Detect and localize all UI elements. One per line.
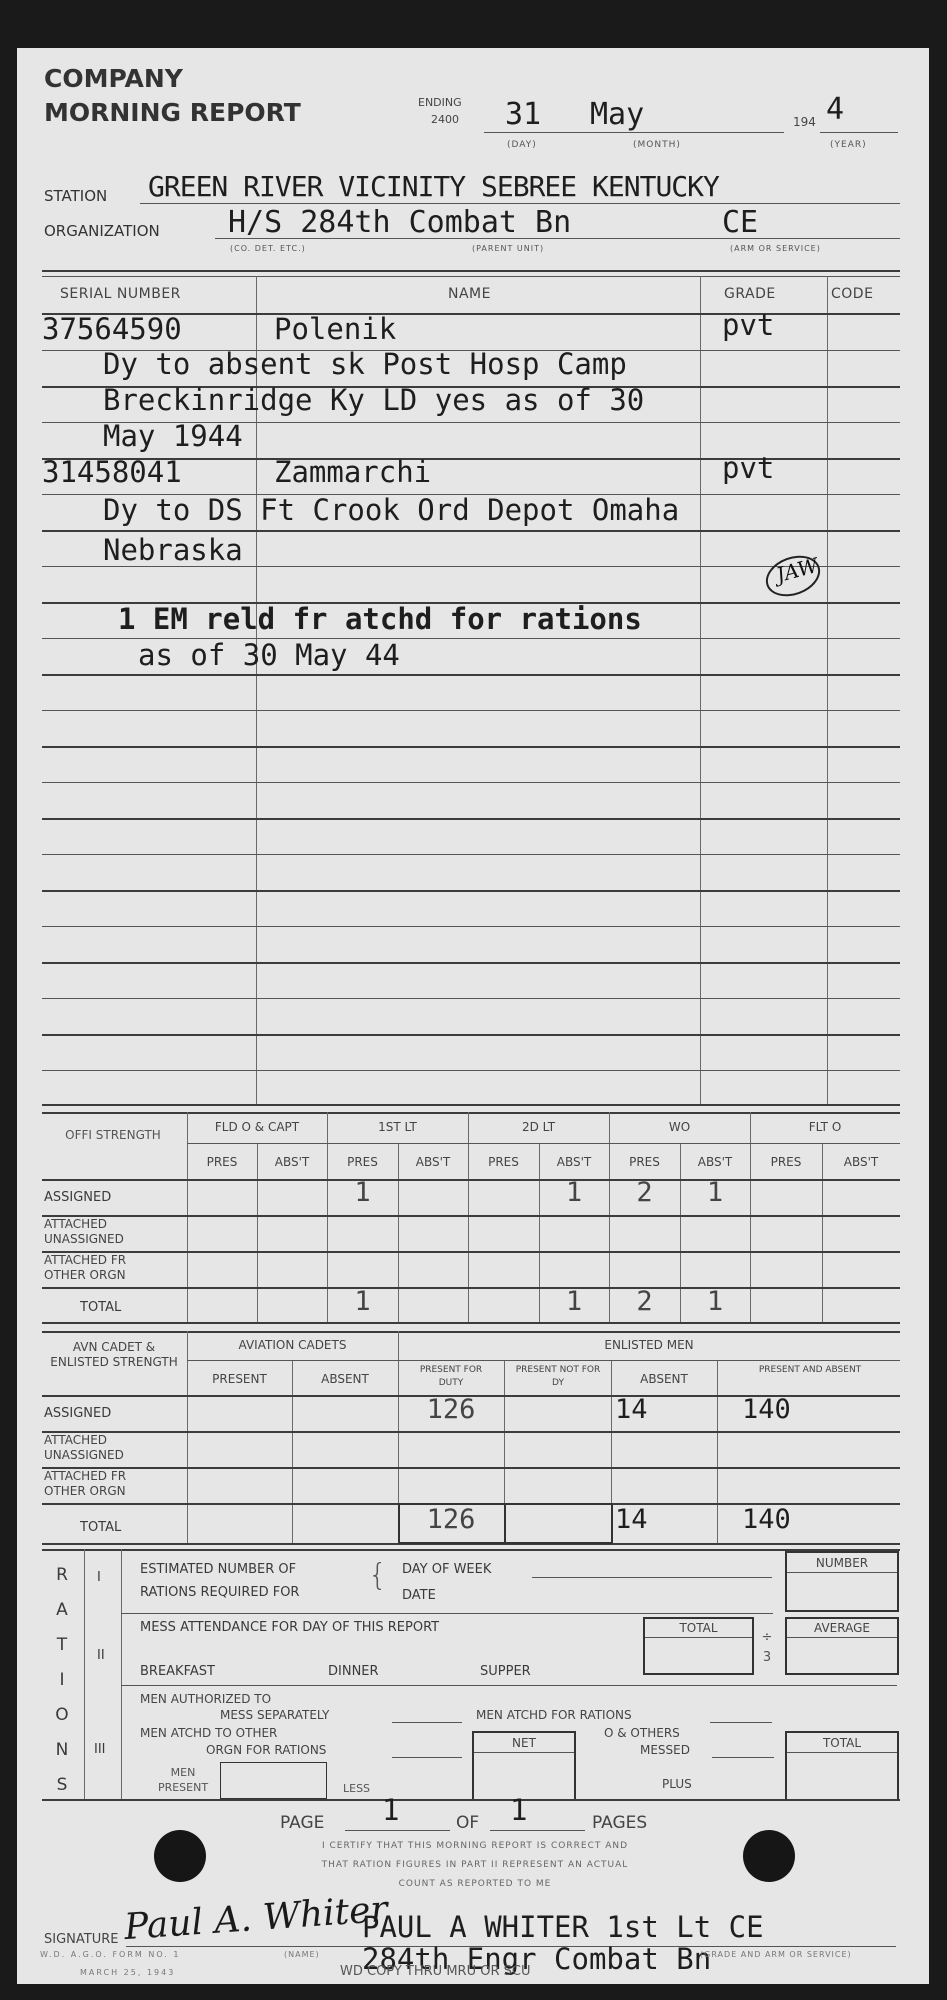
year-prefix: 194 — [793, 115, 816, 129]
col-header-code: CODE — [831, 286, 873, 302]
rations-section-3-numeral: III — [94, 1742, 106, 1757]
org-caption-arm: (ARM OR SERVICE) — [730, 244, 821, 253]
rations-side-label: R A T I O N S — [52, 1558, 72, 1803]
o-others-line1: O & OTHERS — [604, 1726, 680, 1740]
officer-row-label: ASSIGNED — [44, 1190, 111, 1205]
enlisted-total-box-divider — [504, 1503, 506, 1542]
enlisted-col-present: PRESENT — [187, 1372, 292, 1386]
enlisted-row-label: ATTACHED FR OTHER ORGN — [44, 1469, 154, 1499]
officer-sub-abst: ABS'T — [257, 1155, 327, 1169]
copy-note: WD COPY THRU MRU OR SCU — [340, 1964, 530, 1979]
less-label: LESS — [343, 1782, 370, 1795]
entry-serial: 37564590 — [42, 312, 182, 346]
officer-group-1st-lt: 1ST LT — [327, 1120, 468, 1134]
enlisted-col-present-for-duty: PRESENT FOR DUTY — [412, 1364, 490, 1390]
year-underline — [820, 132, 898, 133]
entry-name: Polenik — [274, 312, 396, 346]
punch-hole-left — [154, 1830, 206, 1882]
entry-rule — [42, 962, 900, 964]
enlisted-col — [717, 1360, 718, 1543]
officer-group-flt-o: FLT O — [750, 1120, 900, 1134]
organization-label: ORGANIZATION — [44, 222, 160, 240]
enlisted-corner-label: AVN CADET & ENLISTED STRENGTH — [44, 1340, 184, 1370]
enlisted-table-top — [42, 1331, 900, 1333]
enlisted-group-cadets: AVIATION CADETS — [187, 1338, 398, 1352]
rations-total-label: TOTAL — [787, 1736, 897, 1750]
col-header-name: NAME — [448, 286, 491, 302]
signature-label: SIGNATURE — [44, 1932, 118, 1947]
o-others-line2: MESSED — [640, 1743, 690, 1757]
name-caption: (NAME) — [284, 1950, 320, 1959]
enlisted-row-label: ATTACHED UNASSIGNED — [44, 1433, 154, 1463]
men-present-line1: MEN — [171, 1766, 196, 1779]
mess-total-rule — [645, 1637, 752, 1638]
entry-rule — [42, 890, 900, 892]
entry-rule — [42, 926, 900, 927]
men-atchd-rations-label: MEN ATCHD FOR RATIONS — [476, 1708, 632, 1722]
day-of-week-line — [532, 1577, 772, 1578]
officer-assigned-wo-abst: 1 — [680, 1177, 750, 1208]
signer-name-grade: PAUL A WHITER 1st Lt CE — [362, 1910, 764, 1944]
rations-top — [42, 1549, 900, 1551]
officer-group-rule — [187, 1143, 900, 1144]
org-caption-unit: (CO. DET. ETC.) — [230, 244, 306, 253]
rations-numeral-divider — [121, 1549, 122, 1799]
entry-rule — [42, 998, 900, 999]
enlisted-assigned-absent: 14 — [615, 1394, 648, 1425]
officer-sub-abst: ABS'T — [680, 1155, 750, 1169]
form-title-line1: COMPANY — [44, 64, 183, 93]
rations-total-rule — [787, 1752, 897, 1753]
enlisted-assigned-present-for-duty: 126 — [398, 1394, 504, 1425]
entry-remark: Nebraska — [103, 533, 243, 567]
rations-bottom — [42, 1799, 900, 1801]
side-letter: T — [52, 1628, 72, 1663]
men-atchd-other-line2: ORGN FOR RATIONS — [206, 1743, 326, 1757]
station-value: GREEN RIVER VICINITY SEBREE KENTUCKY — [148, 170, 719, 203]
entry-rule — [42, 710, 900, 711]
month-caption: (MONTH) — [633, 140, 681, 150]
entry-grade: pvt — [722, 308, 774, 342]
entry-name: Zammarchi — [274, 455, 431, 489]
entry-remark: 1 EM reld fr atchd for rations — [118, 602, 642, 636]
officer-table-top — [42, 1112, 900, 1114]
officer-subcol — [822, 1143, 823, 1322]
officer-row-rule — [42, 1215, 900, 1217]
officer-assigned-1st-lt-pres: 1 — [327, 1177, 398, 1208]
officer-total-wo-abst: 1 — [680, 1286, 750, 1317]
officer-table-bottom — [42, 1322, 900, 1324]
men-present-label: MENPRESENT — [152, 1765, 214, 1795]
enlisted-col — [187, 1331, 188, 1543]
men-authorized-line2: MESS SEPARATELY — [220, 1708, 329, 1722]
entry-rule — [42, 530, 900, 532]
enlisted-row-label: ASSIGNED — [44, 1406, 111, 1421]
station-label: STATION — [44, 187, 107, 205]
officer-subcol — [257, 1143, 258, 1322]
officer-assigned-2d-lt-abst: 1 — [539, 1177, 609, 1208]
officer-sub-pres: PRES — [609, 1155, 680, 1169]
entry-rule — [42, 854, 900, 855]
day-caption: (DAY) — [507, 140, 537, 150]
entry-serial: 31458041 — [42, 455, 182, 489]
entry-remark: May 1944 — [103, 419, 243, 453]
entry-remark: as of 30 May 44 — [138, 638, 400, 672]
enlisted-group-men: ENLISTED MEN — [398, 1338, 900, 1352]
rations-est-line1: ESTIMATED NUMBER OF — [140, 1562, 296, 1577]
officer-sub-pres: PRES — [327, 1155, 398, 1169]
entry-rule — [42, 782, 900, 783]
officer-row-rule — [42, 1251, 900, 1253]
certify-line3: COUNT AS REPORTED TO ME — [250, 1879, 700, 1889]
officer-group-wo: WO — [609, 1120, 750, 1134]
officer-sub-pres: PRES — [750, 1155, 822, 1169]
col-divider-name — [700, 276, 701, 1104]
men-present-line2: PRESENT — [158, 1781, 208, 1794]
certify-line1: I CERTIFY THAT THIS MORNING REPORT IS CO… — [250, 1841, 700, 1851]
pages-label: PAGES — [592, 1813, 647, 1833]
officer-group-2d-lt: 2D LT — [468, 1120, 609, 1134]
divide-by-three: ÷ 3 — [760, 1628, 774, 1668]
enlisted-total-present-and-absent: 140 — [742, 1504, 791, 1535]
rations-section-rule — [121, 1613, 773, 1614]
men-present-box[interactable] — [220, 1762, 327, 1799]
men-authorized-line1: MEN AUTHORIZED TO — [140, 1692, 271, 1706]
number-box-rule — [787, 1572, 897, 1573]
col-header-serial: SERIAL NUMBER — [60, 286, 181, 302]
entry-remark: Dy to absent sk Post Hosp Camp — [103, 347, 627, 381]
side-letter: N — [52, 1733, 72, 1768]
enlisted-assigned-present-and-absent: 140 — [742, 1394, 791, 1425]
org-caption-parent: (PARENT UNIT) — [472, 244, 544, 253]
entry-remark: Dy to DS Ft Crook Ord Depot Omaha — [103, 493, 679, 527]
page-total-line — [490, 1830, 585, 1831]
certify-line2: THAT RATION FIGURES IN PART II REPRESENT… — [250, 1860, 700, 1870]
form-title-line2: MORNING REPORT — [44, 98, 301, 127]
side-letter: I — [52, 1663, 72, 1698]
o-others-line — [712, 1757, 774, 1758]
mess-average-rule — [787, 1637, 897, 1638]
officer-row-label: ATTACHED UNASSIGNED — [44, 1217, 154, 1247]
entry-rule — [42, 746, 900, 748]
ending-time: 2400 — [431, 113, 459, 126]
organization-arm: CE — [722, 205, 758, 240]
men-atchd-other-line1: MEN ATCHD TO OTHER — [140, 1726, 277, 1740]
entry-rule — [42, 674, 900, 676]
net-box-rule — [474, 1752, 574, 1753]
of-label: OF — [456, 1813, 479, 1833]
officer-total-wo-pres: 2 — [609, 1286, 680, 1317]
page-number: 1 — [382, 1793, 399, 1827]
enlisted-col-absent-em: ABSENT — [611, 1372, 717, 1386]
entry-rule — [42, 1104, 900, 1106]
enlisted-col-present-not-for-dy: PRESENT NOT FOR DY — [512, 1364, 604, 1390]
day-of-week-label: DAY OF WEEK — [402, 1562, 491, 1577]
rations-section-1-numeral: I — [97, 1570, 101, 1585]
date-underline — [484, 132, 784, 133]
form-number: W.D. A.G.O. FORM NO. 1 — [40, 1950, 181, 1959]
entry-rule — [42, 1070, 900, 1071]
rations-section-rule — [121, 1685, 897, 1686]
page-num-line — [345, 1830, 450, 1831]
report-year-digit: 4 — [826, 92, 844, 127]
atchd-other-line — [392, 1757, 462, 1758]
officer-row-rule — [42, 1179, 900, 1181]
mess-attendance-title: MESS ATTENDANCE FOR DAY OF THIS REPORT — [140, 1620, 439, 1635]
officer-subcol — [398, 1143, 399, 1322]
grade-caption: (GRADE AND ARM OR SERVICE) — [700, 1950, 852, 1959]
entries-top-rule-2 — [42, 276, 900, 277]
page-label: PAGE — [280, 1813, 324, 1833]
ending-label: ENDING — [418, 96, 462, 109]
col-divider-grade — [827, 276, 828, 1104]
atchd-rations-line — [710, 1722, 772, 1723]
enlisted-col-present-and-absent: PRESENT AND ABSENT — [750, 1364, 870, 1377]
brace-icon: { — [368, 1558, 387, 1593]
officer-total-1st-lt-pres: 1 — [327, 1286, 398, 1317]
form-date: MARCH 25, 1943 — [80, 1968, 175, 1977]
officer-row-label: TOTAL — [80, 1300, 121, 1315]
officer-sub-abst: ABS'T — [398, 1155, 468, 1169]
organization-unit: H/S 284th Combat Bn — [228, 205, 571, 240]
entry-grade: pvt — [722, 451, 774, 485]
mess-separately-line — [392, 1722, 462, 1723]
report-month: May — [590, 97, 644, 132]
date-label: DATE — [402, 1588, 436, 1603]
officer-row-label: ATTACHED FR OTHER ORGN — [44, 1253, 154, 1283]
entry-rule — [42, 818, 900, 820]
enlisted-col-absent: ABSENT — [292, 1372, 398, 1386]
officer-sub-pres: PRES — [187, 1155, 257, 1169]
officer-sub-abst: ABS'T — [822, 1155, 900, 1169]
enlisted-row-rule — [42, 1467, 900, 1469]
officer-sub-pres: PRES — [468, 1155, 539, 1169]
rations-est-line2: RATIONS REQUIRED FOR — [140, 1585, 299, 1600]
officer-corner-label: OFFI STRENGTH — [44, 1128, 182, 1143]
rations-section-2-numeral: II — [97, 1648, 105, 1663]
side-letter: S — [52, 1768, 72, 1803]
enlisted-group-rule — [187, 1360, 900, 1361]
supper-label: SUPPER — [480, 1664, 531, 1679]
side-letter: R — [52, 1558, 72, 1593]
year-caption: (YEAR) — [830, 140, 867, 150]
plus-label: PLUS — [662, 1777, 692, 1791]
entry-remark: Breckinridge Ky LD yes as of 30 — [103, 383, 644, 417]
enlisted-col — [292, 1360, 293, 1543]
page-total: 1 — [510, 1793, 527, 1827]
officer-group-fld-o-capt: FLD O & CAPT — [187, 1120, 327, 1134]
organization-underline — [215, 238, 900, 239]
enlisted-row-label: TOTAL — [80, 1520, 121, 1535]
side-letter: O — [52, 1698, 72, 1733]
entry-rule — [42, 1034, 900, 1036]
officer-assigned-wo-pres: 2 — [609, 1177, 680, 1208]
breakfast-label: BREAKFAST — [140, 1664, 215, 1679]
officer-total-2d-lt-abst: 1 — [539, 1286, 609, 1317]
report-day: 31 — [505, 97, 541, 132]
number-box-label: NUMBER — [787, 1556, 897, 1570]
entries-top-rule — [42, 270, 900, 272]
enlisted-row-rule — [42, 1431, 900, 1433]
officer-sub-abst: ABS'T — [539, 1155, 609, 1169]
enlisted-total-absent: 14 — [615, 1504, 648, 1535]
mess-average-label: AVERAGE — [787, 1621, 897, 1635]
col-header-grade: GRADE — [724, 286, 776, 302]
officer-row-rule — [42, 1287, 900, 1289]
rations-side-divider — [84, 1549, 85, 1799]
side-letter: A — [52, 1593, 72, 1628]
enlisted-total-present-for-duty: 126 — [398, 1504, 504, 1535]
mess-total-label: TOTAL — [645, 1621, 752, 1635]
net-box-label: NET — [474, 1736, 574, 1750]
station-underline — [140, 203, 900, 204]
dinner-label: DINNER — [328, 1664, 379, 1679]
punch-hole-right — [743, 1830, 795, 1882]
